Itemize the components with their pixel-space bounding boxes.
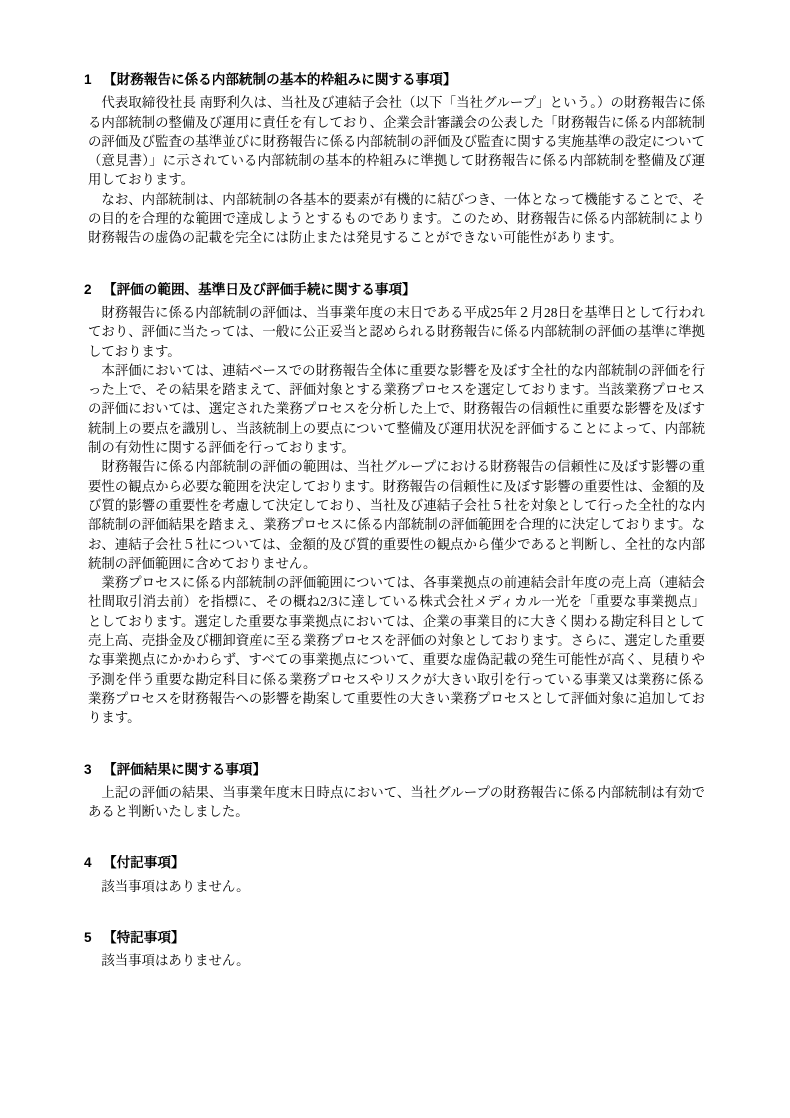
document-page: 1【財務報告に係る内部統制の基本的枠組みに関する事項】 代表取締役社長 南野利久… [0,0,790,1118]
paragraph: 該当事項はありません。 [88,951,705,970]
section-number: 5 [84,928,103,947]
section-basic-framework: 1【財務報告に係る内部統制の基本的枠組みに関する事項】 代表取締役社長 南野利久… [84,70,705,248]
section-evaluation-scope: 2【評価の範囲、基準日及び評価手続に関する事項】 財務報告に係る内部統制の評価は… [84,280,705,728]
section-heading: 2【評価の範囲、基準日及び評価手続に関する事項】 [84,280,705,299]
section-title: 【評価の範囲、基準日及び評価手続に関する事項】 [103,282,416,297]
section-title: 【財務報告に係る内部統制の基本的枠組みに関する事項】 [103,72,456,87]
paragraph: 上記の評価の結果、当事業年度末日時点において、当社グループの財務報告に係る内部統… [88,783,705,822]
section-number: 2 [84,280,103,299]
section-title: 【特記事項】 [103,930,185,945]
paragraph: 財務報告に係る内部統制の評価は、当事業年度の末日である平成25年２月28日を基準… [88,303,705,361]
paragraph: 財務報告に係る内部統制の評価の範囲は、当社グループにおける財務報告の信頼性に及ぼ… [88,457,705,573]
section-special-notes: 5【特記事項】 該当事項はありません。 [84,928,705,971]
paragraph: なお、内部統制は、内部統制の各基本的要素が有機的に結びつき、一体となって機能する… [88,190,705,248]
section-heading: 3【評価結果に関する事項】 [84,760,705,779]
paragraph: 代表取締役社長 南野利久は、当社及び連結子会社（以下「当社グループ」という。）の… [88,93,705,189]
section-heading: 5【特記事項】 [84,928,705,947]
section-evaluation-result: 3【評価結果に関する事項】 上記の評価の結果、当事業年度末日時点において、当社グ… [84,760,705,822]
section-number: 4 [84,853,103,872]
paragraph: 該当事項はありません。 [88,877,705,896]
section-title: 【付記事項】 [103,855,185,870]
section-title: 【評価結果に関する事項】 [103,762,266,777]
section-supplementary-notes: 4【付記事項】 該当事項はありません。 [84,853,705,896]
paragraph: 業務プロセスに係る内部統制の評価範囲については、各事業拠点の前連結会計年度の売上… [88,573,705,727]
section-heading: 4【付記事項】 [84,853,705,872]
section-number: 3 [84,760,103,779]
section-heading: 1【財務報告に係る内部統制の基本的枠組みに関する事項】 [84,70,705,89]
paragraph: 本評価においては、連結ベースでの財務報告全体に重要な影響を及ぼす全社的な内部統制… [88,361,705,457]
section-number: 1 [84,70,103,89]
